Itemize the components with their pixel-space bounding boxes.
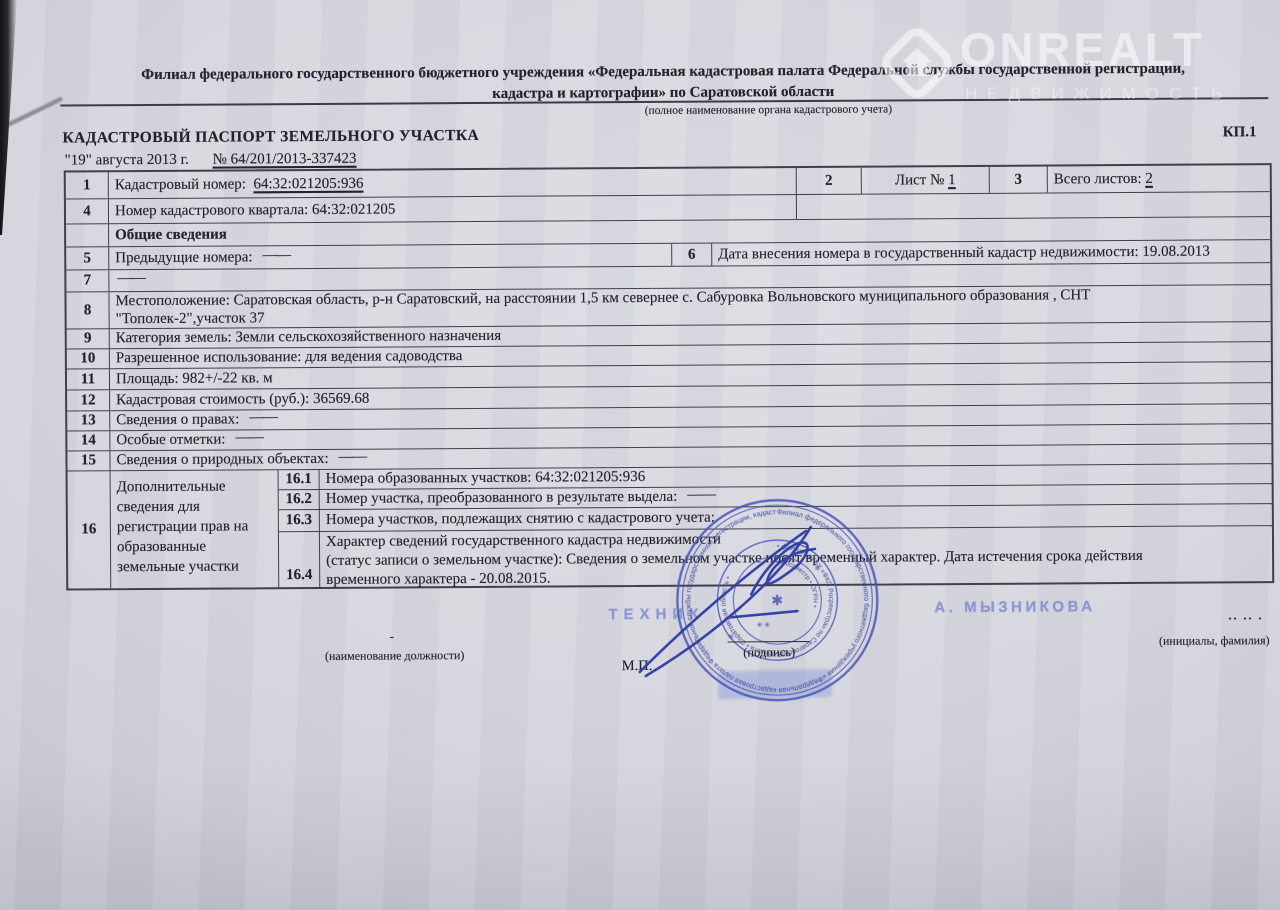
row13-number: 13 bbox=[67, 411, 109, 430]
registry-date-cell: Дата внесения номера в государственный к… bbox=[711, 240, 1270, 265]
document-title: КАДАСТРОВЫЙ ПАСПОРТ ЗЕМЕЛЬНОГО УЧАСТКА bbox=[62, 127, 479, 148]
row16-number: 16 bbox=[68, 471, 111, 588]
row15-number: 15 bbox=[67, 451, 109, 470]
row7-dash: —— bbox=[117, 270, 144, 287]
row6-number: 6 bbox=[671, 244, 711, 266]
cadastral-number-label: Кадастровый номер: bbox=[115, 176, 246, 194]
name-caption: (инициалы, фамилия) bbox=[1159, 633, 1270, 649]
rights-dash: —— bbox=[249, 409, 276, 426]
total-sheets-value: 2 bbox=[1145, 170, 1153, 187]
subrow-16-3-number: 16.3 bbox=[279, 510, 319, 531]
signature-caption: (подпись) bbox=[712, 645, 827, 661]
row10-number: 10 bbox=[67, 349, 109, 368]
subrow-16-2-number: 16.2 bbox=[279, 490, 319, 510]
total-sheets-cell: Всего листов: 2 bbox=[1047, 165, 1270, 192]
initials-dots: .. .. . bbox=[1228, 608, 1263, 623]
document-sheet: Филиал федерального государственного бюд… bbox=[0, 0, 1280, 910]
date-line: "19" августа 2013 г. № 64/201/2013-33742… bbox=[65, 151, 357, 170]
cadastral-number-value: 64:32:021205:936 bbox=[253, 175, 363, 193]
sheet-label: Лист № bbox=[895, 172, 945, 189]
position-dash: - bbox=[390, 629, 394, 645]
quarter-number-cell: Номер кадастрового квартала: 64:32:02120… bbox=[108, 195, 796, 223]
natural-objects-label: Сведения о природных объектах: bbox=[116, 451, 328, 469]
row3-number: 3 bbox=[989, 167, 1047, 193]
stamped-name-text: А. МЫЗНИКОВА bbox=[934, 598, 1095, 616]
subrow-16-4-number: 16.4 bbox=[279, 532, 319, 587]
row14-number: 14 bbox=[67, 431, 109, 450]
row16-label-cell: Дополнительные сведения для регистрации … bbox=[110, 470, 279, 588]
table-row-8: 8 Местоположение: Саратовская область, р… bbox=[66, 284, 1270, 328]
scanned-photo: Филиал федерального государственного бюд… bbox=[0, 0, 1280, 910]
location-cell: Местоположение: Саратовская область, р-н… bbox=[108, 285, 1270, 328]
sheet-number-cell: Лист № 1 bbox=[861, 167, 989, 194]
previous-numbers-label: Предыдущие номера: bbox=[115, 249, 252, 267]
row4-number: 4 bbox=[66, 199, 108, 223]
document-date: "19" августа 2013 г. bbox=[65, 152, 189, 169]
form-code: КП.1 bbox=[1223, 124, 1257, 141]
position-caption: (наименование должности) bbox=[300, 648, 490, 664]
special-marks-dash: —— bbox=[235, 429, 262, 446]
document-number: № 64/201/2013-337423 bbox=[213, 151, 357, 168]
cadastral-number-cell: Кадастровый номер: 64:32:021205:936 bbox=[108, 168, 796, 198]
row1-number: 1 bbox=[66, 172, 108, 198]
handwritten-signature bbox=[601, 498, 922, 690]
row4-empty-cell bbox=[796, 192, 1270, 219]
rights-label: Сведения о правах: bbox=[116, 411, 239, 429]
row11-number: 11 bbox=[67, 369, 109, 389]
row12-number: 12 bbox=[67, 390, 109, 410]
row8-number: 8 bbox=[66, 292, 108, 328]
natural-objects-dash: —— bbox=[339, 449, 366, 466]
row5-number: 5 bbox=[66, 247, 108, 269]
row2-number: 2 bbox=[796, 168, 861, 194]
subrow-16-1-number: 16.1 bbox=[279, 470, 319, 489]
sheet-value: 1 bbox=[948, 172, 956, 189]
row9-number: 9 bbox=[67, 329, 109, 348]
previous-numbers-dash: —— bbox=[263, 247, 290, 264]
total-sheets-label: Всего листов: bbox=[1054, 170, 1142, 188]
special-marks-label: Особые отметки: bbox=[116, 432, 225, 450]
row7-number: 7 bbox=[66, 270, 108, 291]
previous-numbers-cell: Предыдущие номера:—— bbox=[108, 244, 671, 269]
section-number-empty bbox=[66, 224, 108, 246]
